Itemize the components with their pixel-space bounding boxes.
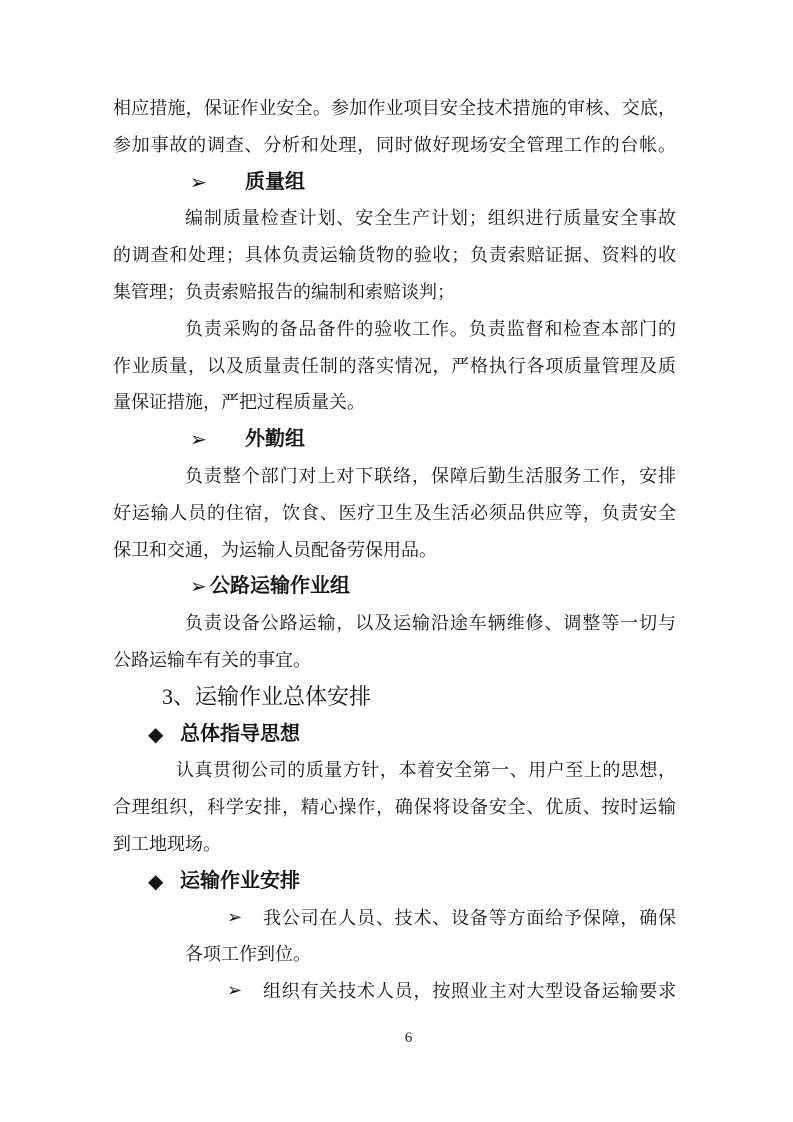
- line-text: 到工地现场。: [113, 834, 221, 854]
- line-text: 质量组: [245, 171, 305, 193]
- paragraph-line: 相应措施，保证作业安全。参加作业项目安全技术措施的审核、交底，: [113, 90, 676, 127]
- paragraph-line: 负责采购的备品备件的验收工作。负责监督和检查本部门的: [113, 311, 676, 348]
- line-text: 的调查和处理；具体负责运输货物的验收；负责索赔证据、资料的收: [113, 245, 676, 265]
- paragraph-line: 负责整个部门对上对下联络，保障后勤生活服务工作，安排: [113, 458, 676, 495]
- section-heading-transport-arrangement: 3、运输作业总体安排: [113, 679, 676, 716]
- paragraph-line: 好运输人员的住宿，饮食、医疗卫生及生活必须品供应等，负责安全: [113, 495, 676, 532]
- line-text: 各项工作到位。: [185, 944, 311, 964]
- line-text: 作业质量，以及质量责任制的落实情况，严格执行各项质量管理及质: [113, 356, 676, 376]
- line-text: 我公司在人员、技术、设备等方面给予保障，确保: [263, 900, 676, 937]
- line-text: 好运输人员的住宿，饮食、医疗卫生及生活必须品供应等，负责安全: [113, 503, 676, 523]
- arrow-bullet-icon: ➢: [190, 421, 245, 458]
- paragraph-line: 保卫和交通，为运输人员配备劳保用品。: [113, 532, 676, 569]
- paragraph-line: 作业质量，以及质量责任制的落实情况，严格执行各项质量管理及质: [113, 348, 676, 385]
- line-text: 负责设备公路运输，以及运输沿途车辆维修、调整等一切与: [185, 613, 676, 633]
- group-heading-quality: ➢质量组: [113, 164, 676, 201]
- line-text: 公路运输作业组: [210, 575, 350, 597]
- paragraph-line: 量保证措施，严把过程质量关。: [113, 384, 676, 421]
- diamond-bullet-icon: ◆: [148, 863, 180, 900]
- diamond-bullet-icon: ◆: [148, 716, 180, 753]
- line-text: 集管理；负责索赔报告的编制和索赔谈判；: [113, 282, 455, 302]
- arrow-bullet-icon: ➢: [190, 568, 210, 605]
- group-heading-road-transport: ➢公路运输作业组: [113, 568, 676, 605]
- arrow-bullet-icon: ➢: [190, 164, 245, 201]
- paragraph-line: 公路运输车有关的事宜。: [113, 642, 676, 679]
- subsection-heading-work-arrangement: ◆运输作业安排: [113, 863, 676, 900]
- text-area: 相应措施，保证作业安全。参加作业项目安全技术措施的审核、交底，参加事故的调查、分…: [113, 90, 676, 1010]
- arrow-bullet-icon: ➢: [227, 900, 263, 937]
- line-text: 认真贯彻公司的质量方针，本着安全第一、用户至上的思想，: [176, 760, 676, 780]
- line-text: 量保证措施，严把过程质量关。: [113, 392, 365, 412]
- line-text: 3、运输作业总体安排: [162, 684, 371, 709]
- list-item: ➢组织有关技术人员，按照业主对大型设备运输要求: [113, 973, 676, 1010]
- paragraph-line: 认真贯彻公司的质量方针，本着安全第一、用户至上的思想，: [113, 752, 676, 789]
- paragraph-line: 负责设备公路运输，以及运输沿途车辆维修、调整等一切与: [113, 605, 676, 642]
- paragraph-line: 的调查和处理；具体负责运输货物的验收；负责索赔证据、资料的收: [113, 237, 676, 274]
- paragraph-line: 集管理；负责索赔报告的编制和索赔谈判；: [113, 274, 676, 311]
- line-text: 编制质量检查计划、安全生产计划；组织进行质量安全事故: [185, 208, 676, 228]
- line-text: 合理组织，科学安排，精心操作，确保将设备安全、优质、按时运输: [113, 797, 676, 817]
- list-item-continuation: 各项工作到位。: [113, 936, 676, 973]
- line-text: 公路运输车有关的事宜。: [113, 650, 311, 670]
- group-heading-field: ➢外勤组: [113, 421, 676, 458]
- line-text: 相应措施，保证作业安全。参加作业项目安全技术措施的审核、交底，: [113, 98, 676, 118]
- line-text: 参加事故的调查、分析和处理，同时做好现场安全管理工作的台帐。: [113, 135, 676, 155]
- document-page: 相应措施，保证作业安全。参加作业项目安全技术措施的审核、交底，参加事故的调查、分…: [0, 0, 793, 1122]
- line-text: 负责采购的备品备件的验收工作。负责监督和检查本部门的: [185, 319, 676, 339]
- page-number: 6: [0, 1030, 793, 1047]
- line-text: 外勤组: [245, 428, 305, 450]
- paragraph-line: 合理组织，科学安排，精心操作，确保将设备安全、优质、按时运输: [113, 789, 676, 826]
- line-text: 运输作业安排: [180, 870, 300, 892]
- paragraph-line: 参加事故的调查、分析和处理，同时做好现场安全管理工作的台帐。: [113, 127, 676, 164]
- line-text: 负责整个部门对上对下联络，保障后勤生活服务工作，安排: [185, 466, 676, 486]
- subsection-heading-guiding-thought: ◆总体指导思想: [113, 716, 676, 753]
- line-text: 组织有关技术人员，按照业主对大型设备运输要求: [263, 973, 676, 1010]
- paragraph-line: 到工地现场。: [113, 826, 676, 863]
- paragraph-line: 编制质量检查计划、安全生产计划；组织进行质量安全事故: [113, 200, 676, 237]
- line-text: 保卫和交通，为运输人员配备劳保用品。: [113, 540, 437, 560]
- line-text: 总体指导思想: [180, 723, 300, 745]
- list-item: ➢我公司在人员、技术、设备等方面给予保障，确保: [113, 900, 676, 937]
- arrow-bullet-icon: ➢: [227, 973, 263, 1010]
